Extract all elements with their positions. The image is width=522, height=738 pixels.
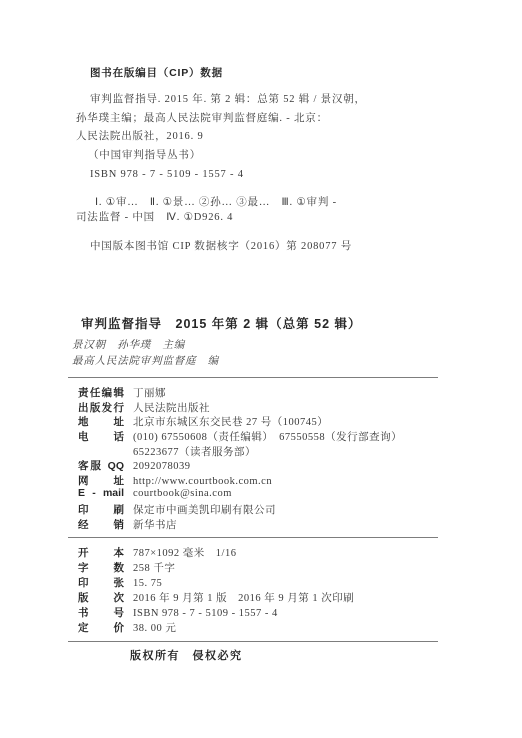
spec-row: 字数 258 千字 [78,560,354,575]
print-specs-block: 开本 787×1092 毫米 1/16 字数 258 千字 印张 15. 75 … [78,545,354,635]
row-label: 定价 [78,620,124,635]
row-value: 258 千字 [133,560,175,575]
cip-isbn-line: ISBN 978 - 7 - 5109 - 1557 - 4 [90,168,244,181]
row-label: 印张 [78,575,124,590]
row-value: (010) 67550608（责任编辑） 67550558（发行部查询） [133,429,402,444]
publishing-row: 地址 北京市东城区东交民巷 27 号（100745） [78,414,402,429]
publishing-row: 责任编辑 丁丽娜 [78,385,402,400]
row-value: 新华书店 [133,517,177,532]
row-value: ISBN 978 - 7 - 5109 - 1557 - 4 [133,608,278,619]
row-value: 38. 00 元 [133,620,176,635]
row-label: 印刷 [78,502,124,517]
row-label: 版次 [78,590,124,605]
cip-record-line: 人民法院出版社，2016. 9 [76,130,204,143]
publishing-row: 网址 http://www.courtbook.com.cn [78,473,402,488]
row-value: 2016 年 9 月第 1 版 2016 年 9 月第 1 次印刷 [133,590,354,605]
book-compiler: 最高人民法院审判监督庭 编 [72,355,219,368]
book-title: 审判监督指导 2015 年第 2 辑（总第 52 辑） [81,318,362,331]
divider-rule [68,537,438,538]
spec-row: 定价 38. 00 元 [78,620,354,635]
cip-series-note: （中国审判指导丛书） [88,149,201,162]
publishing-row: 出版发行 人民法院出版社 [78,400,402,415]
row-value: courtbook@sina.com [133,488,232,499]
publishing-row: E - mail courtbook@sina.com [78,487,402,502]
spec-row: 书号 ISBN 978 - 7 - 5109 - 1557 - 4 [78,605,354,620]
cip-heading: 图书在版编目（CIP）数据 [90,67,223,80]
row-label: E - mail [78,487,124,499]
divider-rule [68,641,438,642]
row-value: http://www.courtbook.com.cn [133,476,272,487]
cip-registry-line: 中国版本图书馆 CIP 数据核字（2016）第 208077 号 [90,240,352,253]
cip-classification-line: Ⅰ. ①审… Ⅱ. ①景… ②孙… ③最… Ⅲ. ①审判 - [95,196,337,209]
copyright-notice: 版权所有 侵权必究 [130,650,243,663]
row-label: 字数 [78,560,124,575]
publishing-row: 电话 (010) 67550608（责任编辑） 67550558（发行部查询） [78,429,402,444]
book-editors: 景汉朝 孙华璞 主编 [72,339,185,352]
row-label: 经销 [78,517,124,532]
row-value: 65223677（读者服务部） [133,444,256,459]
cip-record-line: 审判监督指导. 2015 年. 第 2 辑：总第 52 辑 / 景汉朝， [90,93,366,106]
cip-record-line: 孙华璞主编；最高人民法院审判监督庭编. - 北京： [76,112,328,125]
row-label: 开本 [78,545,124,560]
spec-row: 开本 787×1092 毫米 1/16 [78,545,354,560]
spec-row: 印张 15. 75 [78,575,354,590]
publishing-info-block: 责任编辑 丁丽娜 出版发行 人民法院出版社 地址 北京市东城区东交民巷 27 号… [78,385,402,531]
row-value: 2092078039 [133,461,191,472]
row-value: 保定市中画美凯印刷有限公司 [133,502,276,517]
row-label: 书号 [78,605,124,620]
row-label: 责任编辑 [78,385,124,400]
row-label: 客服 QQ [78,458,124,473]
book-copyright-page: 图书在版编目（CIP）数据 审判监督指导. 2015 年. 第 2 辑：总第 5… [0,0,522,738]
spec-row: 版次 2016 年 9 月第 1 版 2016 年 9 月第 1 次印刷 [78,590,354,605]
row-value: 北京市东城区东交民巷 27 号（100745） [133,414,328,429]
row-value: 15. 75 [133,578,162,589]
row-value: 787×1092 毫米 1/16 [133,545,236,560]
row-label: 网址 [78,473,124,488]
row-value: 丁丽娜 [133,385,166,400]
publishing-row: 经销 新华书店 [78,517,402,532]
divider-rule [68,377,438,378]
cip-classification-line: 司法监督 - 中国 Ⅳ. ①D926. 4 [76,211,233,224]
row-value: 人民法院出版社 [133,400,210,415]
publishing-row: 印刷 保定市中画美凯印刷有限公司 [78,502,402,517]
row-label: 电话 [78,429,124,444]
row-label: 地址 [78,414,124,429]
publishing-row: 65223677（读者服务部） [78,444,402,459]
publishing-row: 客服 QQ 2092078039 [78,458,402,473]
row-label: 出版发行 [78,400,124,415]
